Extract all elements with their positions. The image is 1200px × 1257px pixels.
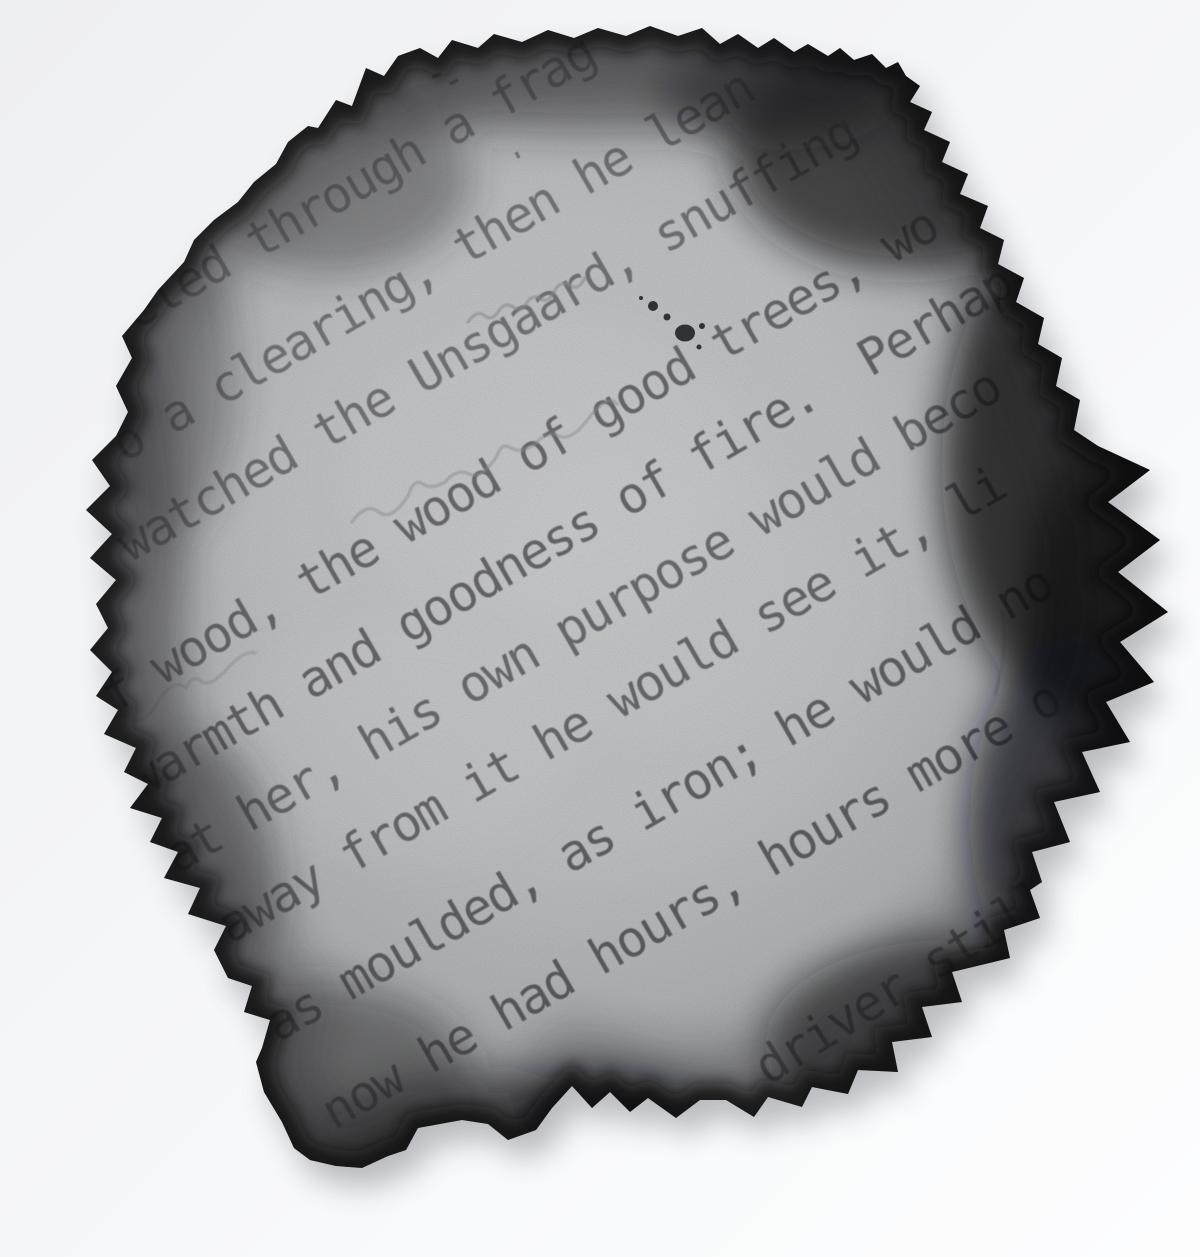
paper-grain <box>60 10 1190 1210</box>
burnt-paper-illustration: eled through a frag o a clearing, then h… <box>0 0 1200 1257</box>
scanned-photo-burnt-page: eled through a frag o a clearing, then h… <box>0 0 1200 1257</box>
